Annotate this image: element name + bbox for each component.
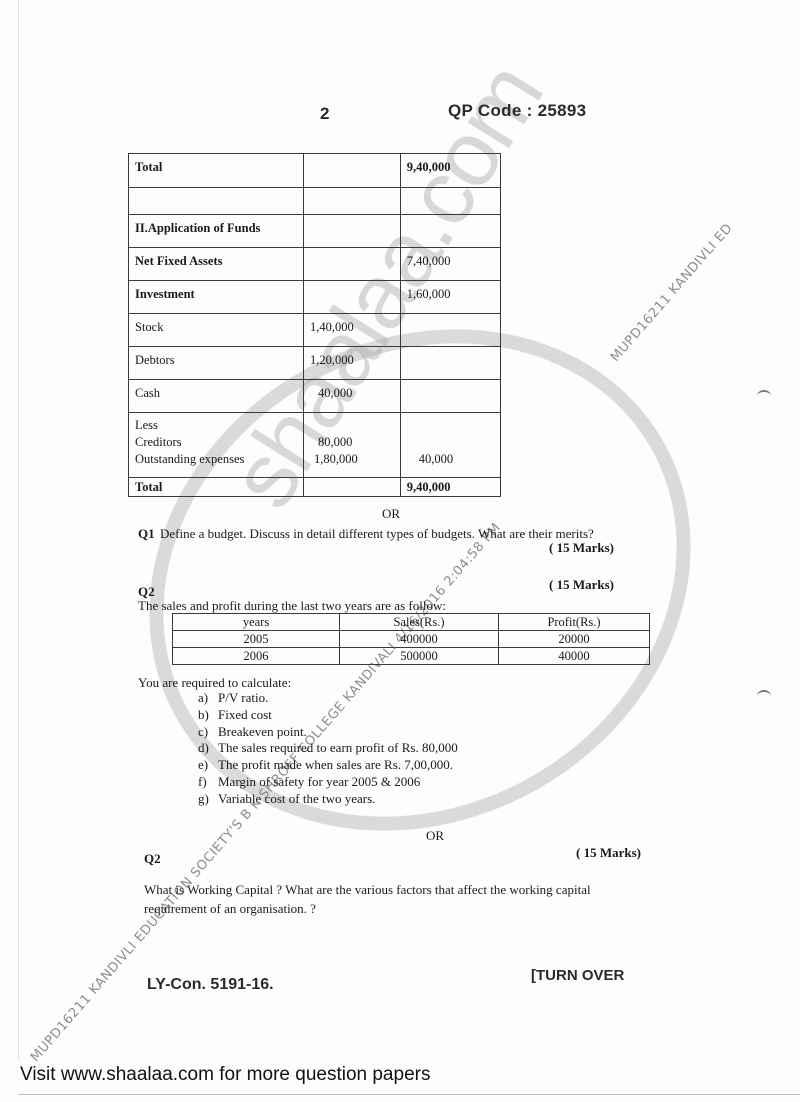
question-number: Q1 [138,526,155,542]
row-label: Total [129,154,304,188]
row-value [400,347,500,380]
watermark-stamp-right: MUPD16211 KANDIVLI ED [608,221,736,365]
net-current-assets: 40,000 [400,413,500,478]
row-value [303,188,400,215]
page-number: 2 [320,104,329,124]
punch-hole-mark [757,390,771,402]
cell-sales: 400000 [340,631,499,648]
row-value [303,248,400,281]
less-label: Less [135,417,297,434]
row-label [129,188,304,215]
list-item: f)Margin of safety for year 2005 & 2006 [198,774,458,791]
column-header: Sales(Rs.) [340,614,499,631]
question-marks: ( 15 Marks) [549,540,614,556]
less-labels: Less Creditors Outstanding expenses [129,413,304,478]
table-row: II.Application of Funds [129,215,501,248]
section-heading: II.Application of Funds [129,215,304,248]
row-label: Cash [129,380,304,413]
table-row: 2005 400000 20000 [173,631,650,648]
table-row: Cash 40,000 [129,380,501,413]
turn-over-label: [TURN OVER [531,967,624,984]
list-item: b)Fixed cost [198,707,458,724]
row-label: Investment [129,281,304,314]
calc-list: a)P/V ratio. b)Fixed cost c)Breakeven po… [198,690,458,808]
row-label: Net Fixed Assets [129,248,304,281]
row-value [303,281,400,314]
outstanding-value: 1,80,000 [314,451,394,468]
question-marks: ( 15 Marks) [576,845,641,861]
visit-link[interactable]: Visit www.shaalaa.com for more question … [20,1064,430,1086]
question-text: Define a budget. Discuss in detail diffe… [160,526,594,542]
cell-profit: 40000 [499,648,650,665]
creditors-value: 80,000 [314,434,394,451]
table-row: Investment 1,60,000 [129,281,501,314]
row-value: 1,60,000 [400,281,500,314]
row-value [400,215,500,248]
sales-profit-table: years Sales(Rs.) Profit(Rs.) 2005 400000… [172,613,650,665]
column-header: years [173,614,340,631]
table-row: Stock 1,40,000 [129,314,501,347]
table-row [129,188,501,215]
row-value: 9,40,000 [400,154,500,188]
calc-intro: You are required to calculate: [138,675,291,691]
less-values: 80,000 1,80,000 [303,413,400,478]
row-value: 9,40,000 [400,478,500,497]
row-label: Total [129,478,304,497]
row-value [400,188,500,215]
table-row: Debtors 1,20,000 [129,347,501,380]
row-value: 1,40,000 [303,314,400,347]
list-item: g)Variable cost of the two years. [198,791,458,808]
table-row-total: Total 9,40,000 [129,478,501,497]
list-item: d)The sales required to earn profit of R… [198,740,458,757]
column-header: Profit(Rs.) [499,614,650,631]
list-item: c)Breakeven point. [198,724,458,741]
table-row: Total 9,40,000 [129,154,501,188]
cell-year: 2005 [173,631,340,648]
outstanding-label: Outstanding expenses [135,451,297,468]
row-label: Debtors [129,347,304,380]
paper-code: LY-Con. 5191-16. [147,976,274,994]
row-value: 1,20,000 [303,347,400,380]
row-value [400,314,500,347]
punch-hole-mark [757,690,771,702]
row-value: 7,40,000 [400,248,500,281]
list-item: e)The profit made when sales are Rs. 7,0… [198,757,458,774]
table-row: 2006 500000 40000 [173,648,650,665]
question-marks: ( 15 Marks) [549,577,614,593]
or-divider: OR [382,506,400,522]
row-value [400,380,500,413]
qp-code: QP Code : 25893 [448,101,586,121]
list-item: a)P/V ratio. [198,690,458,707]
row-label: Stock [129,314,304,347]
cell-profit: 20000 [499,631,650,648]
table-row-less: Less Creditors Outstanding expenses 80,0… [129,413,501,478]
row-value [303,478,400,497]
row-value [303,154,400,188]
cell-sales: 500000 [340,648,499,665]
or-divider: OR [426,828,444,844]
divider [18,1094,800,1095]
question-number: Q2 [144,851,161,867]
table-header-row: years Sales(Rs.) Profit(Rs.) [173,614,650,631]
net-value: 40,000 [419,451,494,468]
cell-year: 2006 [173,648,340,665]
question-intro: The sales and profit during the last two… [138,598,446,614]
row-value [303,215,400,248]
table-row: Net Fixed Assets 7,40,000 [129,248,501,281]
balance-sheet-table: Total 9,40,000 II.Application of Funds N… [128,153,501,497]
row-value: 40,000 [303,380,400,413]
question-text: What is Working Capital ? What are the v… [144,880,644,918]
scan-page-edge [18,0,19,1060]
creditors-label: Creditors [135,434,297,451]
